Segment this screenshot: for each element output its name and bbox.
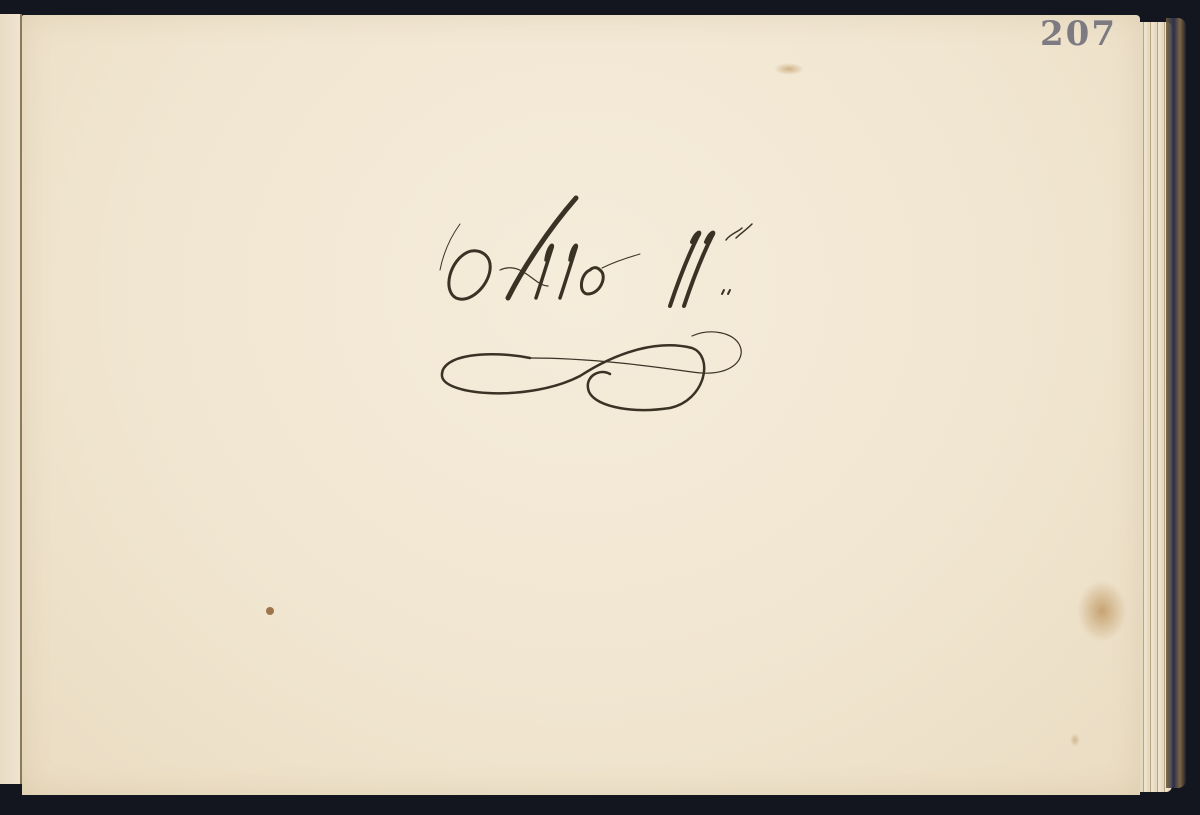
dot-stain <box>1070 733 1080 747</box>
ink-stain <box>1077 580 1127 642</box>
dot-stain <box>266 607 274 615</box>
left-page-edge <box>0 14 22 784</box>
scanned-book-spread: 207 Allo IIdo <box>0 0 1200 815</box>
book-cover-edge <box>1166 18 1186 788</box>
small-stain <box>774 63 804 75</box>
calligraphic-heading: Allo IIdo <box>430 190 770 420</box>
page-number-stamp: 207 <box>1040 14 1117 54</box>
